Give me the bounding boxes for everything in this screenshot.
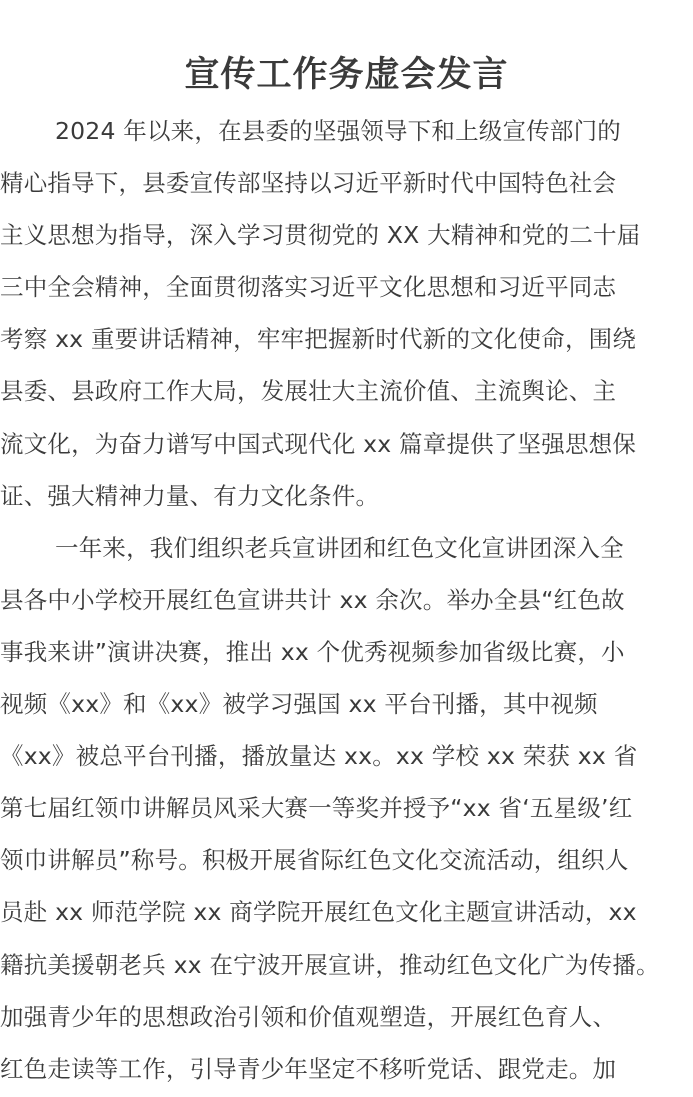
- text-line: 主义思想为指导，深入学习贯彻党的 XX 大精神和党的二十届: [0, 214, 693, 266]
- text-line: 三中全会精神，全面贯彻落实习近平文化思想和习近平同志: [0, 266, 693, 318]
- text-line: 考察 xx 重要讲话精神，牢牢把握新时代新的文化使命，围绕: [0, 318, 693, 370]
- text-line: 2024 年以来，在县委的坚强领导下和上级宣传部门的: [0, 110, 693, 162]
- text-line: 员赴 xx 师范学院 xx 商学院开展红色文化主题宣讲活动，xx: [0, 891, 693, 943]
- document-body: 2024 年以来，在县委的坚强领导下和上级宣传部门的 精心指导下，县委宣传部坚持…: [0, 110, 693, 1097]
- text-line: 《xx》被总平台刊播，播放量达 xx。xx 学校 xx 荣获 xx 省: [0, 735, 693, 787]
- text-line: 事我来讲”演讲决赛，推出 xx 个优秀视频参加省级比赛，小: [0, 631, 693, 683]
- text-line: 证、强大精神力量、有力文化条件。: [0, 475, 693, 527]
- text-line: 领巾讲解员”称号。积极开展省际红色文化交流活动，组织人: [0, 839, 693, 891]
- paragraph-1: 2024 年以来，在县委的坚强领导下和上级宣传部门的 精心指导下，县委宣传部坚持…: [0, 110, 693, 527]
- text-line: 一年来，我们组织老兵宣讲团和红色文化宣讲团深入全: [0, 527, 693, 579]
- text-line: 第七届红领巾讲解员风采大赛一等奖并授予“xx 省‘五星级’红: [0, 787, 693, 839]
- text-line: 流文化，为奋力谱写中国式现代化 xx 篇章提供了坚强思想保: [0, 423, 693, 475]
- text-line: 视频《xx》和《xx》被学习强国 xx 平台刊播，其中视频: [0, 683, 693, 735]
- text-line: 红色走读等工作，引导青少年坚定不移听党话、跟党走。加: [0, 1048, 693, 1097]
- text-line: 县各中小学校开展红色宣讲共计 xx 余次。举办全县“红色故: [0, 579, 693, 631]
- paragraph-2: 一年来，我们组织老兵宣讲团和红色文化宣讲团深入全 县各中小学校开展红色宣讲共计 …: [0, 527, 693, 1097]
- text-line: 加强青少年的思想政治引领和价值观塑造，开展红色育人、: [0, 996, 693, 1048]
- text-line: 县委、县政府工作大局，发展壮大主流价值、主流舆论、主: [0, 370, 693, 422]
- text-line: 精心指导下，县委宣传部坚持以习近平新时代中国特色社会: [0, 162, 693, 214]
- document-title: 宣传工作务虚会发言: [0, 53, 693, 97]
- text-line: 籍抗美援朝老兵 xx 在宁波开展宣讲，推动红色文化广为传播。: [0, 944, 693, 996]
